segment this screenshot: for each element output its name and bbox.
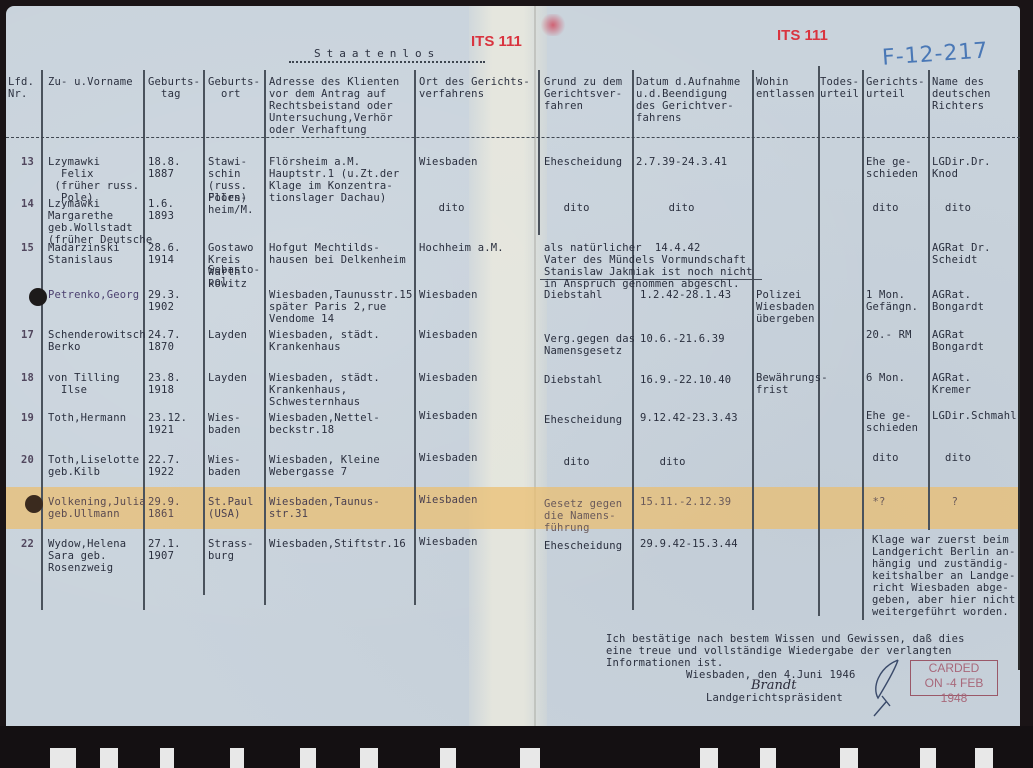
row-geburtsort: Strass- burg — [208, 538, 254, 562]
row-number: 15 — [21, 242, 34, 254]
signer-title: Landgerichtspräsident — [706, 692, 843, 704]
row-name: Wydow,Helena Sara geb. Rosenzweig — [48, 538, 126, 574]
row-name: Schenderowitsch Berko — [48, 329, 146, 353]
row-adresse: Wiesbaden,Stiftstr.16 — [269, 538, 406, 550]
row-ort: Wiesbaden — [419, 372, 478, 384]
row-richter: AGRat. Bongardt — [932, 289, 984, 313]
row-grund-annotation: als natürlicher 14.4.42 Vater des Mündel… — [544, 242, 753, 290]
row-richter: ? — [932, 496, 958, 508]
row-urteil: Ehe ge- schieden — [866, 156, 918, 180]
row-wohin: Polizei Wiesbaden übergeben — [756, 289, 815, 325]
row-richter: LGDir.Schmahl — [932, 410, 1017, 422]
row-grund: dito — [544, 456, 590, 468]
its-stamp-left: ITS 111 — [471, 33, 522, 50]
header-adresse: Adresse des Klienten vor dem Antrag auf … — [269, 76, 399, 136]
row-grund: Diebstahl — [544, 289, 603, 301]
col-rule — [41, 70, 43, 610]
film-mark — [100, 748, 118, 768]
row-name: Petrenko,Georg — [48, 289, 139, 301]
row-urteil: 20.- RM — [866, 329, 912, 341]
signature: Brandt — [751, 678, 796, 693]
col-rule — [264, 70, 266, 605]
row-adresse: Wiesbaden,Taunus- str.31 — [269, 496, 380, 520]
film-mark — [300, 748, 316, 768]
row-richter: dito — [932, 202, 971, 214]
row-ort: Wiesbaden — [419, 156, 478, 168]
row-number: 14 — [21, 198, 34, 210]
header-ort: Ort des Gerichts- verfahrens — [419, 76, 530, 100]
row-richter: dito — [932, 452, 971, 464]
film-mark — [520, 748, 540, 768]
red-ink-smudge — [539, 14, 567, 36]
row-name: Lzymawki Felix (früher russ. Pole) — [48, 156, 139, 204]
row-ort: Wiesbaden — [419, 289, 478, 301]
row-datum: 16.9.-22.10.40 — [640, 374, 731, 386]
film-mark — [840, 748, 858, 768]
row-geburtsort: Layden — [208, 329, 247, 341]
row-grund: Verg.gegen das Namensgesetz — [544, 333, 635, 357]
row-urteil: 1 Mon. Gefängn. — [866, 289, 918, 313]
header-todesurteil: Todes- urteil — [820, 76, 859, 100]
row-number: 20 — [21, 454, 34, 466]
row-grund: Ehescheidung — [544, 414, 622, 426]
row-geburtstag: 23.8. 1918 — [148, 372, 181, 396]
tape-edge — [534, 6, 536, 726]
header-wohin: Wohin entlassen — [756, 76, 815, 100]
row-ort: Hochheim a.M. — [419, 242, 504, 254]
row-ort: Wiesbaden — [419, 329, 478, 341]
row-name: Lzymawki Margarethe geb.Wollstadt (frühe… — [48, 198, 152, 246]
col-rule — [862, 70, 864, 620]
row-geburtstag: 18.8. 1887 — [148, 156, 181, 180]
row-geburtstag: 28.6. 1914 — [148, 242, 181, 266]
film-mark — [360, 748, 378, 768]
row-ort: Wiesbaden — [419, 452, 478, 464]
header-name: Zu- u.Vorname — [48, 76, 133, 88]
row-urteil-note: Klage war zuerst beim Landgericht Berlin… — [872, 534, 1015, 618]
row-number: 13 — [21, 156, 34, 168]
row-geburtsort: St.Paul (USA) — [208, 496, 254, 520]
row-geburtstag: 27.1. 1907 — [148, 538, 181, 562]
row-datum: dito — [640, 456, 686, 468]
row-wohin: Bewährungs- frist — [756, 372, 828, 396]
header-richter: Name des deutschen Richters — [932, 76, 991, 112]
page-edge-rule — [1018, 70, 1020, 670]
row-geburtstag: 29.9. 1861 — [148, 496, 181, 520]
row-urteil: dito — [866, 452, 899, 464]
film-mark — [920, 748, 936, 768]
row-datum: 15.11.-2.12.39 — [640, 496, 731, 508]
film-border — [0, 726, 1033, 768]
col-rule — [538, 70, 540, 235]
row-adresse: Wiesbaden, städt. Krankenhaus, Schwester… — [269, 372, 380, 408]
col-rule — [752, 70, 754, 610]
row-adresse: Wiesbaden,Nettel- beckstr.18 — [269, 412, 380, 436]
header-datum: Datum d.Aufnahme u.d.Beendigung des Geri… — [636, 76, 740, 124]
row-datum: 10.6.-21.6.39 — [640, 333, 725, 345]
header-lfd-nr: Lfd. Nr. — [8, 76, 34, 100]
row-datum: 29.9.42-15.3.44 — [640, 538, 738, 550]
row-datum: 1.2.42-28.1.43 — [640, 289, 731, 301]
row-ort: Wiesbaden — [419, 536, 478, 548]
row-adresse: Flörsheim a.M. Hauptstr.1 (u.Zt.der Klag… — [269, 156, 399, 204]
document-title: Staatenlos — [314, 47, 440, 60]
row-geburtstag: 1.6. 1893 — [148, 198, 174, 222]
film-mark — [760, 748, 776, 768]
row-number: 22 — [21, 538, 34, 550]
carded-stamp-line1: CARDED — [911, 661, 997, 676]
row-ort: dito — [419, 202, 465, 214]
carded-stamp-line2: ON -4 FEB 1948 — [911, 676, 997, 706]
row-number: 18 — [21, 372, 34, 384]
row-datum: dito — [636, 202, 695, 214]
row-adresse: Wiesbaden, städt. Krankenhaus — [269, 329, 380, 353]
punch-hole — [29, 288, 47, 306]
header-geburtsort: Geburts- ort — [208, 76, 260, 100]
row-name: Toth,Hermann — [48, 412, 126, 424]
row-ort: Wiesbaden — [419, 410, 478, 422]
film-mark — [700, 748, 718, 768]
row-ort: Wiesbaden — [419, 494, 478, 506]
row-geburtsort: Sebasto- pol — [208, 264, 260, 288]
film-mark — [230, 748, 244, 768]
title-underline — [289, 61, 485, 63]
row-geburtstag: 24.7. 1870 — [148, 329, 181, 353]
row-grund: Ehescheidung — [544, 156, 622, 168]
its-stamp-right: ITS 111 — [777, 27, 828, 44]
row-number: 17 — [21, 329, 34, 341]
carded-stamp: CARDED ON -4 FEB 1948 — [910, 660, 998, 696]
header-geburtstag: Geburts- tag — [148, 76, 200, 100]
row-datum: 2.7.39-24.3.41 — [636, 156, 727, 168]
row-richter: AGRat Bongardt — [932, 329, 984, 353]
row-geburtsort: Wies- baden — [208, 412, 241, 436]
col-rule — [414, 70, 416, 605]
row-richter: LGDir.Dr. Knod — [932, 156, 991, 180]
row-urteil: dito — [866, 202, 899, 214]
row-grund: dito — [544, 202, 590, 214]
col-rule — [203, 70, 205, 595]
row-urteil: *? — [866, 496, 886, 508]
row-geburtstag: 22.7. 1922 — [148, 454, 181, 478]
document-page: ITS 111 ITS 111 F-12-217 Staatenlos Lfd.… — [6, 6, 1020, 726]
row-urteil: Ehe ge- schieden — [866, 410, 918, 434]
film-mark — [440, 748, 456, 768]
row-name: von Tilling Ilse — [48, 372, 120, 396]
film-mark — [975, 748, 993, 768]
row-richter: AGRat. Kremer — [932, 372, 971, 396]
col-rule — [928, 70, 930, 530]
row-number: 19 — [21, 412, 34, 424]
row-grund: Gesetz gegen die Namens- führung — [544, 498, 622, 534]
row-urteil: 6 Mon. — [866, 372, 905, 384]
row-geburtstag: 29.3. 1902 — [148, 289, 181, 313]
header-grund: Grund zu dem Gerichtsver- fahren — [544, 76, 622, 112]
row-adresse: Wiesbaden, Kleine Webergasse 7 — [269, 454, 380, 478]
row-adresse: Hofgut Mechtilds- hausen bei Delkenheim — [269, 242, 406, 266]
row-geburtsort: Layden — [208, 372, 247, 384]
row-richter: AGRat Dr. Scheidt — [932, 242, 991, 266]
row-datum: 9.12.42-23.3.43 — [640, 412, 738, 424]
film-mark — [50, 748, 76, 768]
row-geburtstag: 23.12. 1921 — [148, 412, 187, 436]
row-name: Volkening,Julia geb.Ullmann — [48, 496, 146, 520]
header-separator — [6, 137, 1020, 138]
row-geburtsort: Wies- baden — [208, 454, 241, 478]
handwritten-initial-mark — [868, 658, 908, 718]
row-grund: Diebstahl — [544, 374, 603, 386]
handwritten-reference: F-12-217 — [881, 38, 989, 70]
col-rule — [818, 66, 820, 616]
row-adresse: Wiesbaden,Taunusstr.15 später Paris 2,ru… — [269, 289, 412, 325]
punch-hole — [25, 495, 43, 513]
header-urteil: Gerichts- urteil — [866, 76, 925, 100]
row-name: Toth,Liselotte geb.Kilb — [48, 454, 139, 478]
row-name: Madarzinski Stanislaus — [48, 242, 120, 266]
row-grund: Ehescheidung — [544, 540, 622, 552]
film-mark — [160, 748, 174, 768]
row-geburtsort: Flörs- heim/M. — [208, 192, 254, 216]
